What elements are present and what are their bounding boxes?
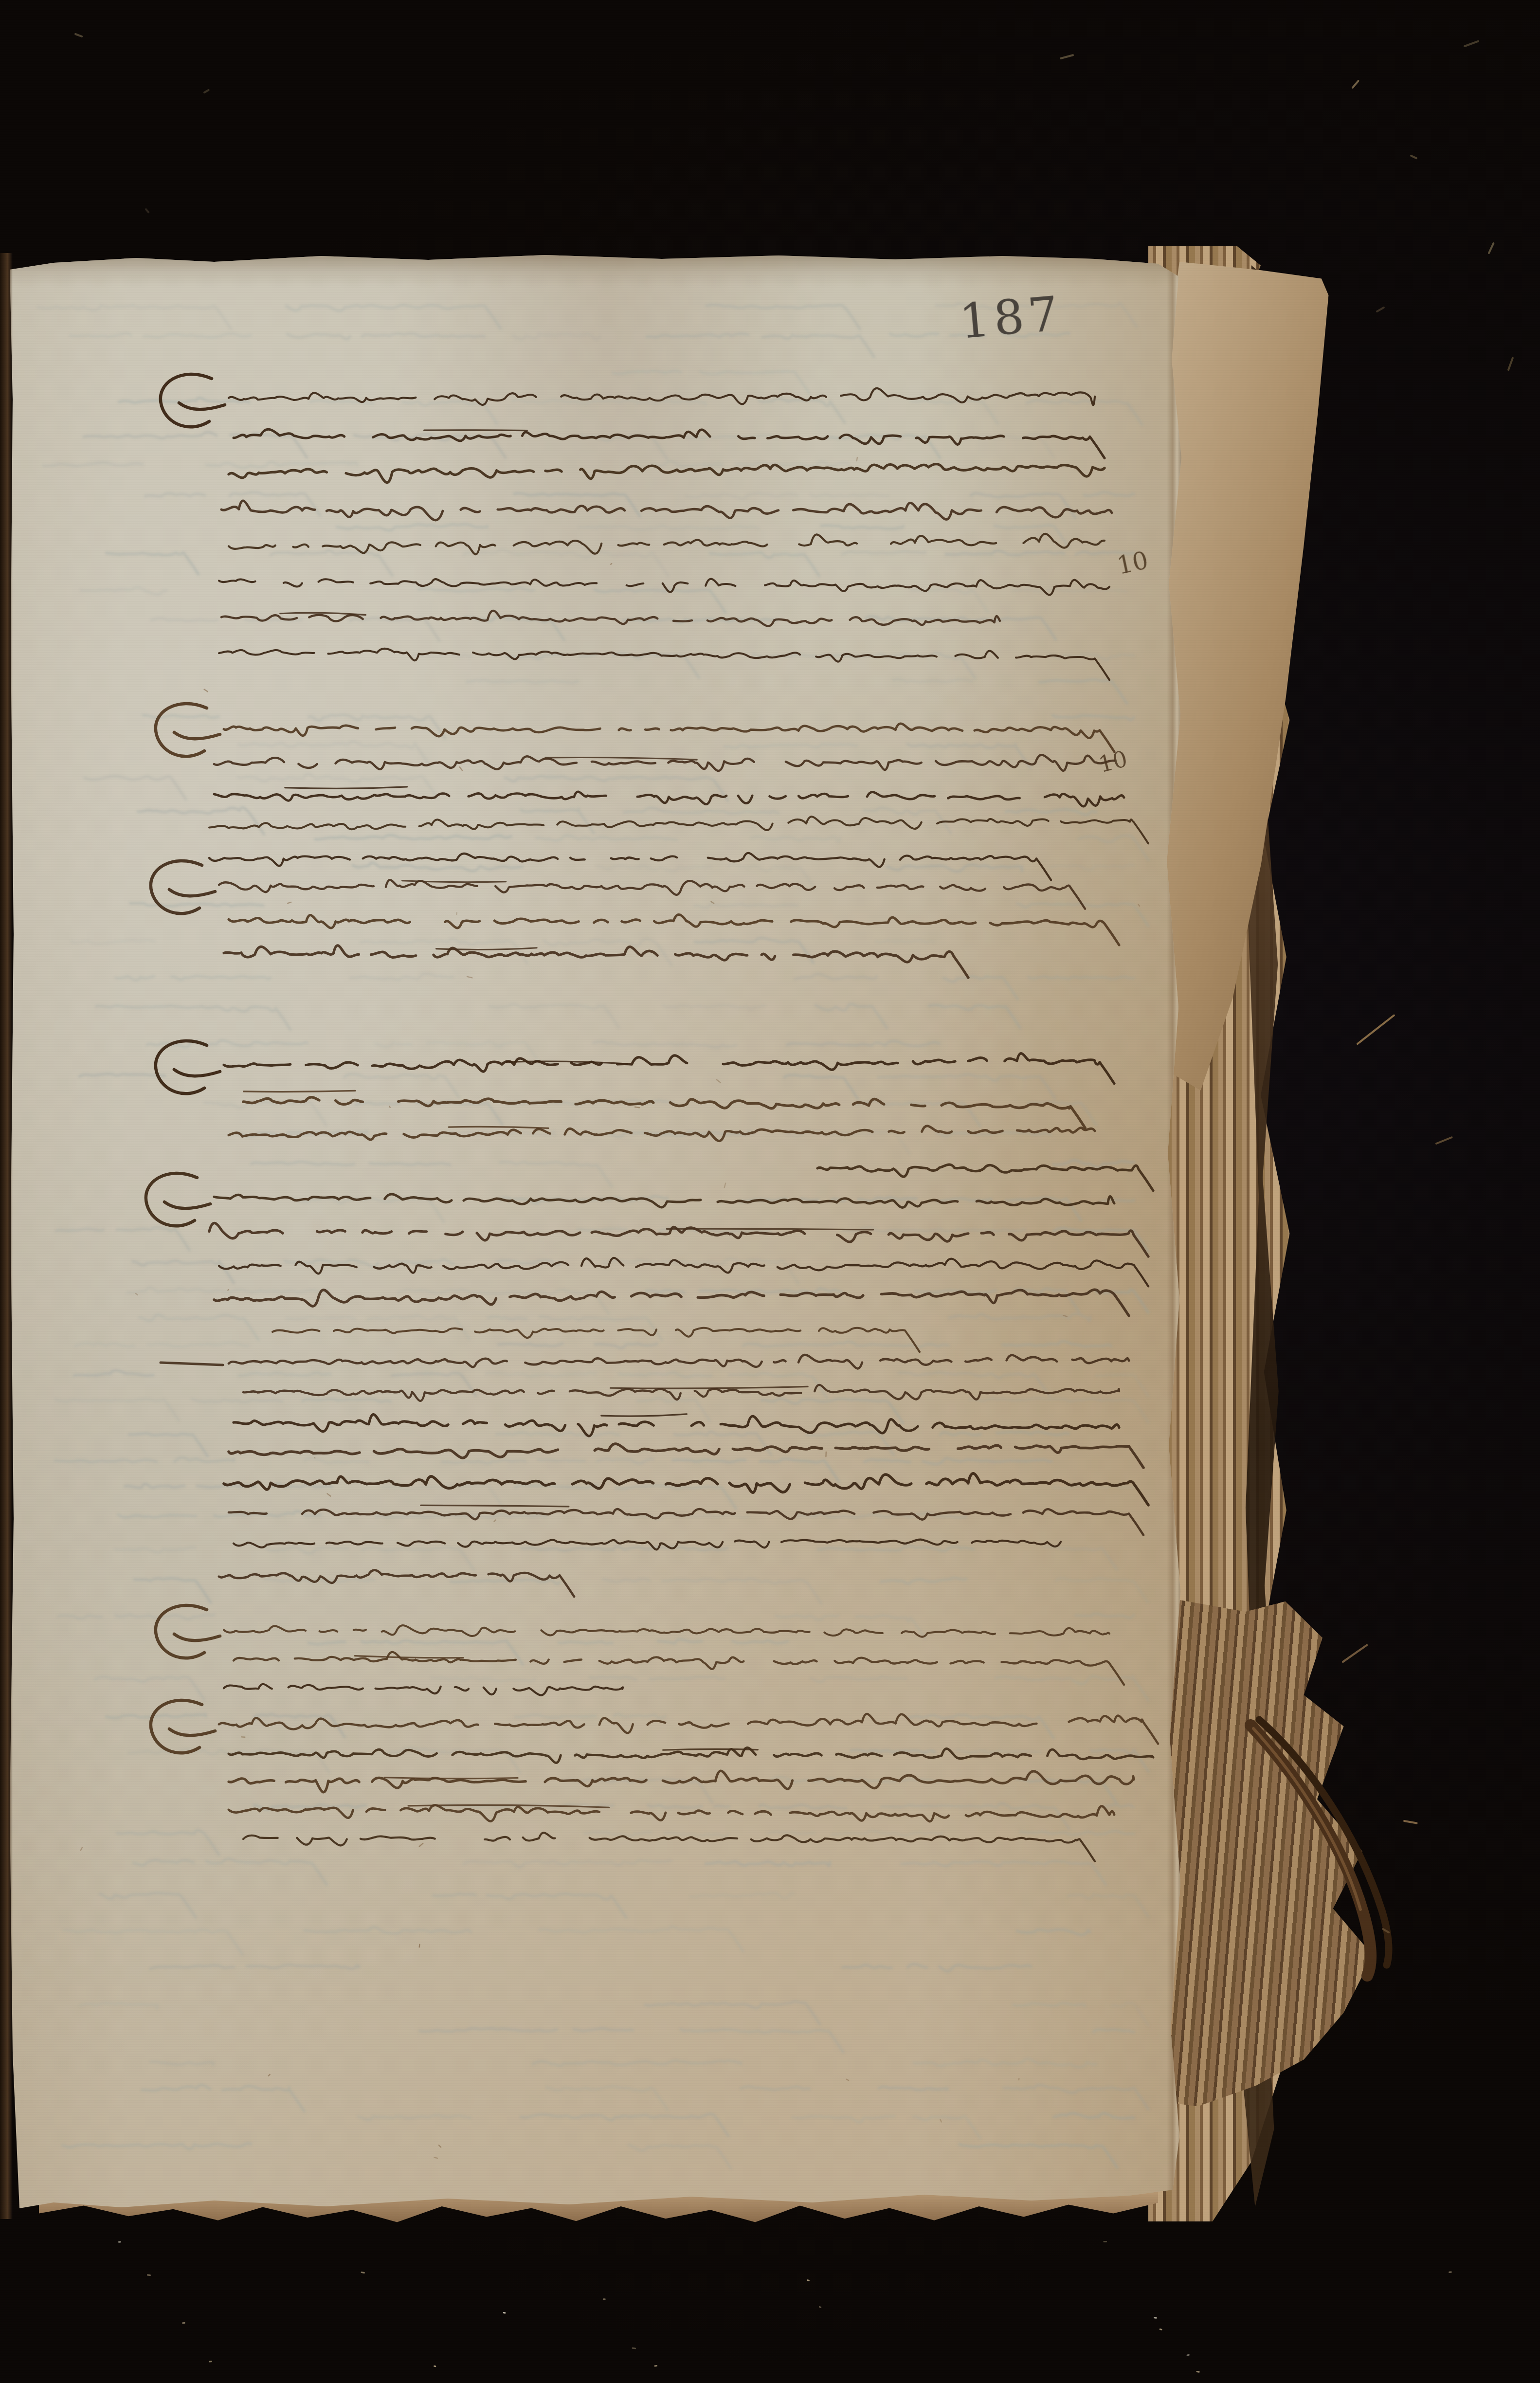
dust-debris-specks — [75, 34, 1513, 2372]
hanging-strap — [1250, 1720, 1389, 1976]
paper-fiber-specks — [81, 457, 1140, 2158]
handwriting-ink-layer — [0, 0, 1540, 2383]
photo-stage: 187 10 10 — [0, 0, 1540, 2383]
cursive-text-strokes — [146, 374, 1158, 1861]
folio-number: 187 — [957, 286, 1064, 350]
